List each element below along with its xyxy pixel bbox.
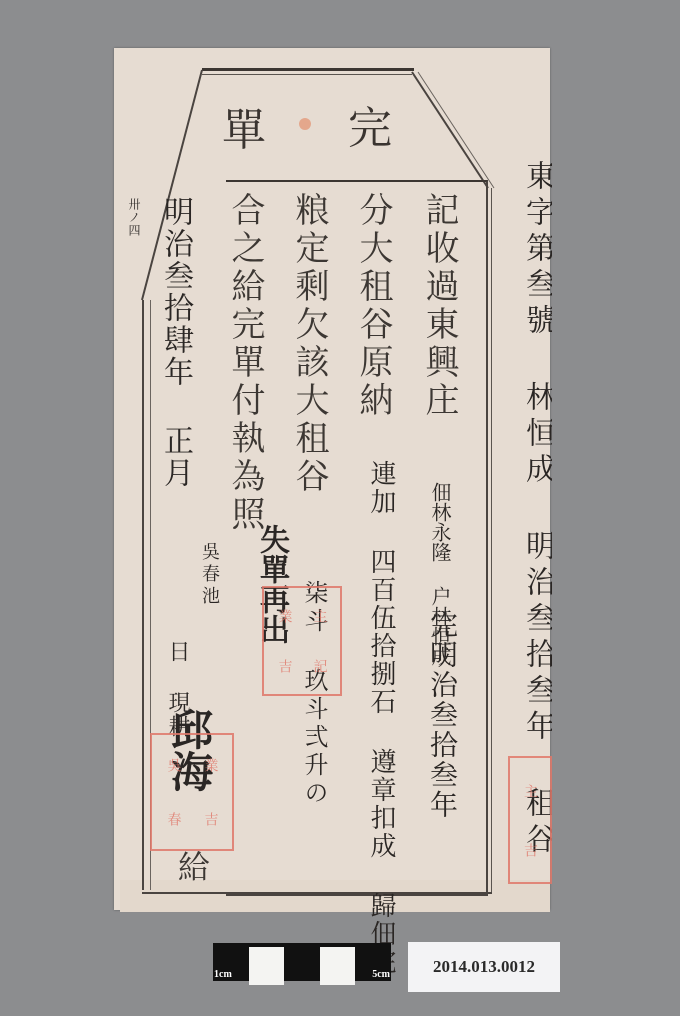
frame-bottom-line	[142, 892, 492, 894]
scale-seg-white	[249, 947, 285, 985]
scale-seg-black: 5cm	[355, 943, 391, 981]
frame-right-line	[491, 188, 492, 892]
scale-seg-black	[284, 943, 320, 981]
seal-stamp-stub: 主 吉	[508, 756, 552, 884]
seal-stamp-issuer: 吳 業 春 吉	[150, 733, 234, 851]
scale-seg-white	[320, 947, 356, 985]
accession-number-label: 2014.013.0012	[408, 942, 560, 992]
printed-column-1: 記收過東興庄	[422, 192, 456, 420]
printed-issue-word: 給	[176, 850, 208, 886]
printed-column-3: 粮定剩欠該大租谷	[292, 192, 326, 496]
frame-left-line	[142, 300, 144, 890]
scale-label-right: 5cm	[372, 969, 390, 980]
scale-bar: 1cm 5cm	[213, 943, 391, 981]
title-char-wan: 完	[348, 92, 392, 156]
printed-column-2: 分大租谷原納	[356, 192, 390, 420]
handwritten-side-note: 卅ノ四	[128, 198, 140, 237]
title-char-dan: 單	[222, 94, 266, 158]
seal-stamp-center: 業 主 吉 記	[262, 586, 342, 696]
handwritten-place: 吳春池	[200, 542, 218, 608]
stub-column: 東字第叁號 林恒成 明治叁拾叁年 租谷	[520, 160, 552, 859]
handwritten-date: 明治叁拾肆年 正月	[160, 196, 190, 489]
handwritten-year-note: 完明治叁拾叁年	[428, 610, 456, 820]
scale-seg-black: 1cm	[213, 943, 249, 981]
scale-label-left: 1cm	[214, 969, 232, 980]
printed-column-4: 合之給完單付執為照	[228, 192, 262, 534]
handwritten-amount: 連加 四百伍拾捌石 遵章扣成 歸佃完	[368, 460, 394, 976]
seal-dot	[299, 118, 311, 130]
